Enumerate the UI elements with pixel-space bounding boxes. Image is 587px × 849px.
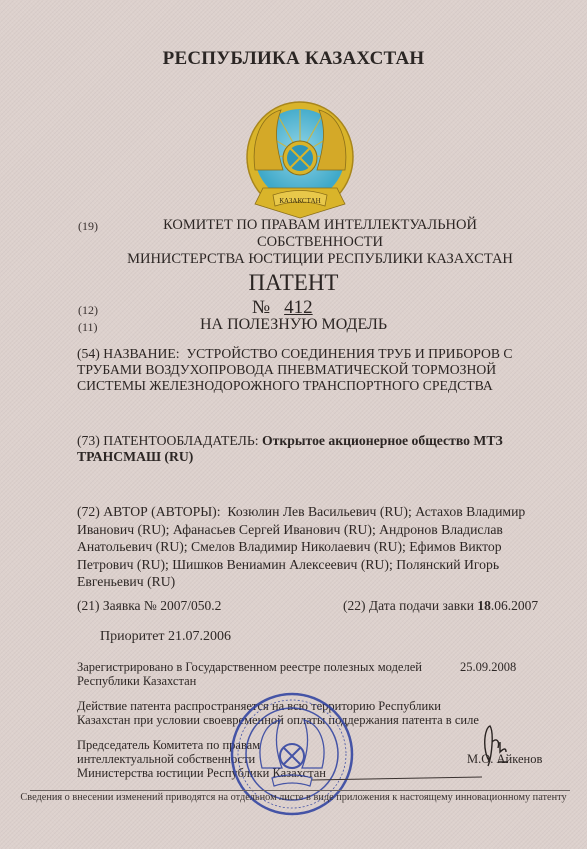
patent-holder: (73) ПАТЕНТООБЛАДАТЕЛЬ: Открытое акционе… (77, 433, 547, 465)
priority: Приоритет 21.07.2006 (100, 629, 231, 645)
registration: Зарегистрировано в Государственном реест… (77, 660, 422, 688)
signature-icon (478, 722, 518, 770)
invention-name: (54) НАЗВАНИЕ: УСТРОЙСТВО СОЕДИНЕНИЯ ТРУ… (77, 346, 547, 394)
agency-name: КОМИТЕТ ПО ПРАВАМ ИНТЕЛЛЕКТУАЛЬНОЙ СОБСТ… (100, 217, 540, 268)
application-number: (21) Заявка № 2007/050.2 (77, 599, 221, 613)
authors: (72) АВТОР (АВТОРЫ): Козюлин Лев Василье… (77, 503, 547, 591)
filing-date-day: 18 (477, 598, 491, 613)
footer-divider (30, 790, 570, 791)
number-prefix: № (252, 297, 270, 318)
application-value: 2007/050.2 (160, 598, 221, 613)
agency-line-1: КОМИТЕТ ПО ПРАВАМ ИНТЕЛЛЕКТУАЛЬНОЙ СОБСТ… (100, 217, 540, 251)
filing-date-rest: .06.2007 (491, 598, 538, 613)
agency-line-2: МИНИСТЕРСТВА ЮСТИЦИИ РЕСПУБЛИКИ КАЗАХСТА… (100, 251, 540, 268)
name-label: (54) НАЗВАНИЕ: (77, 346, 180, 361)
authors-label: (72) АВТОР (АВТОРЫ): (77, 504, 221, 519)
holder-label: (73) ПАТЕНТООБЛАДАТЕЛЬ: (77, 433, 259, 448)
patent-type: НА ПОЛЕЗНУЮ МОДЕЛЬ (0, 316, 587, 334)
number-value: 412 (270, 297, 315, 318)
state-emblem-icon: КАЗАКСТАН (243, 100, 357, 225)
filing-date-label: (22) Дата подачи завки (343, 598, 474, 613)
svg-text:КАЗАКСТАН: КАЗАКСТАН (279, 197, 320, 205)
footer-note: Сведения о внесении изменений приводятся… (0, 792, 587, 803)
patent-title: ПАТЕНТ (0, 270, 587, 296)
registration-date: 25.09.2008 (460, 660, 516, 674)
registration-line-2: Республики Казахстан (77, 674, 422, 688)
country-heading: РЕСПУБЛИКА КАЗАХСТАН (0, 48, 587, 70)
application-label: (21) Заявка № (77, 598, 157, 613)
registration-line-1: Зарегистрировано в Государственном реест… (77, 660, 422, 674)
filing-date: (22) Дата подачи завки 18.06.2007 (343, 599, 538, 613)
agency-code: (19) (78, 219, 98, 234)
